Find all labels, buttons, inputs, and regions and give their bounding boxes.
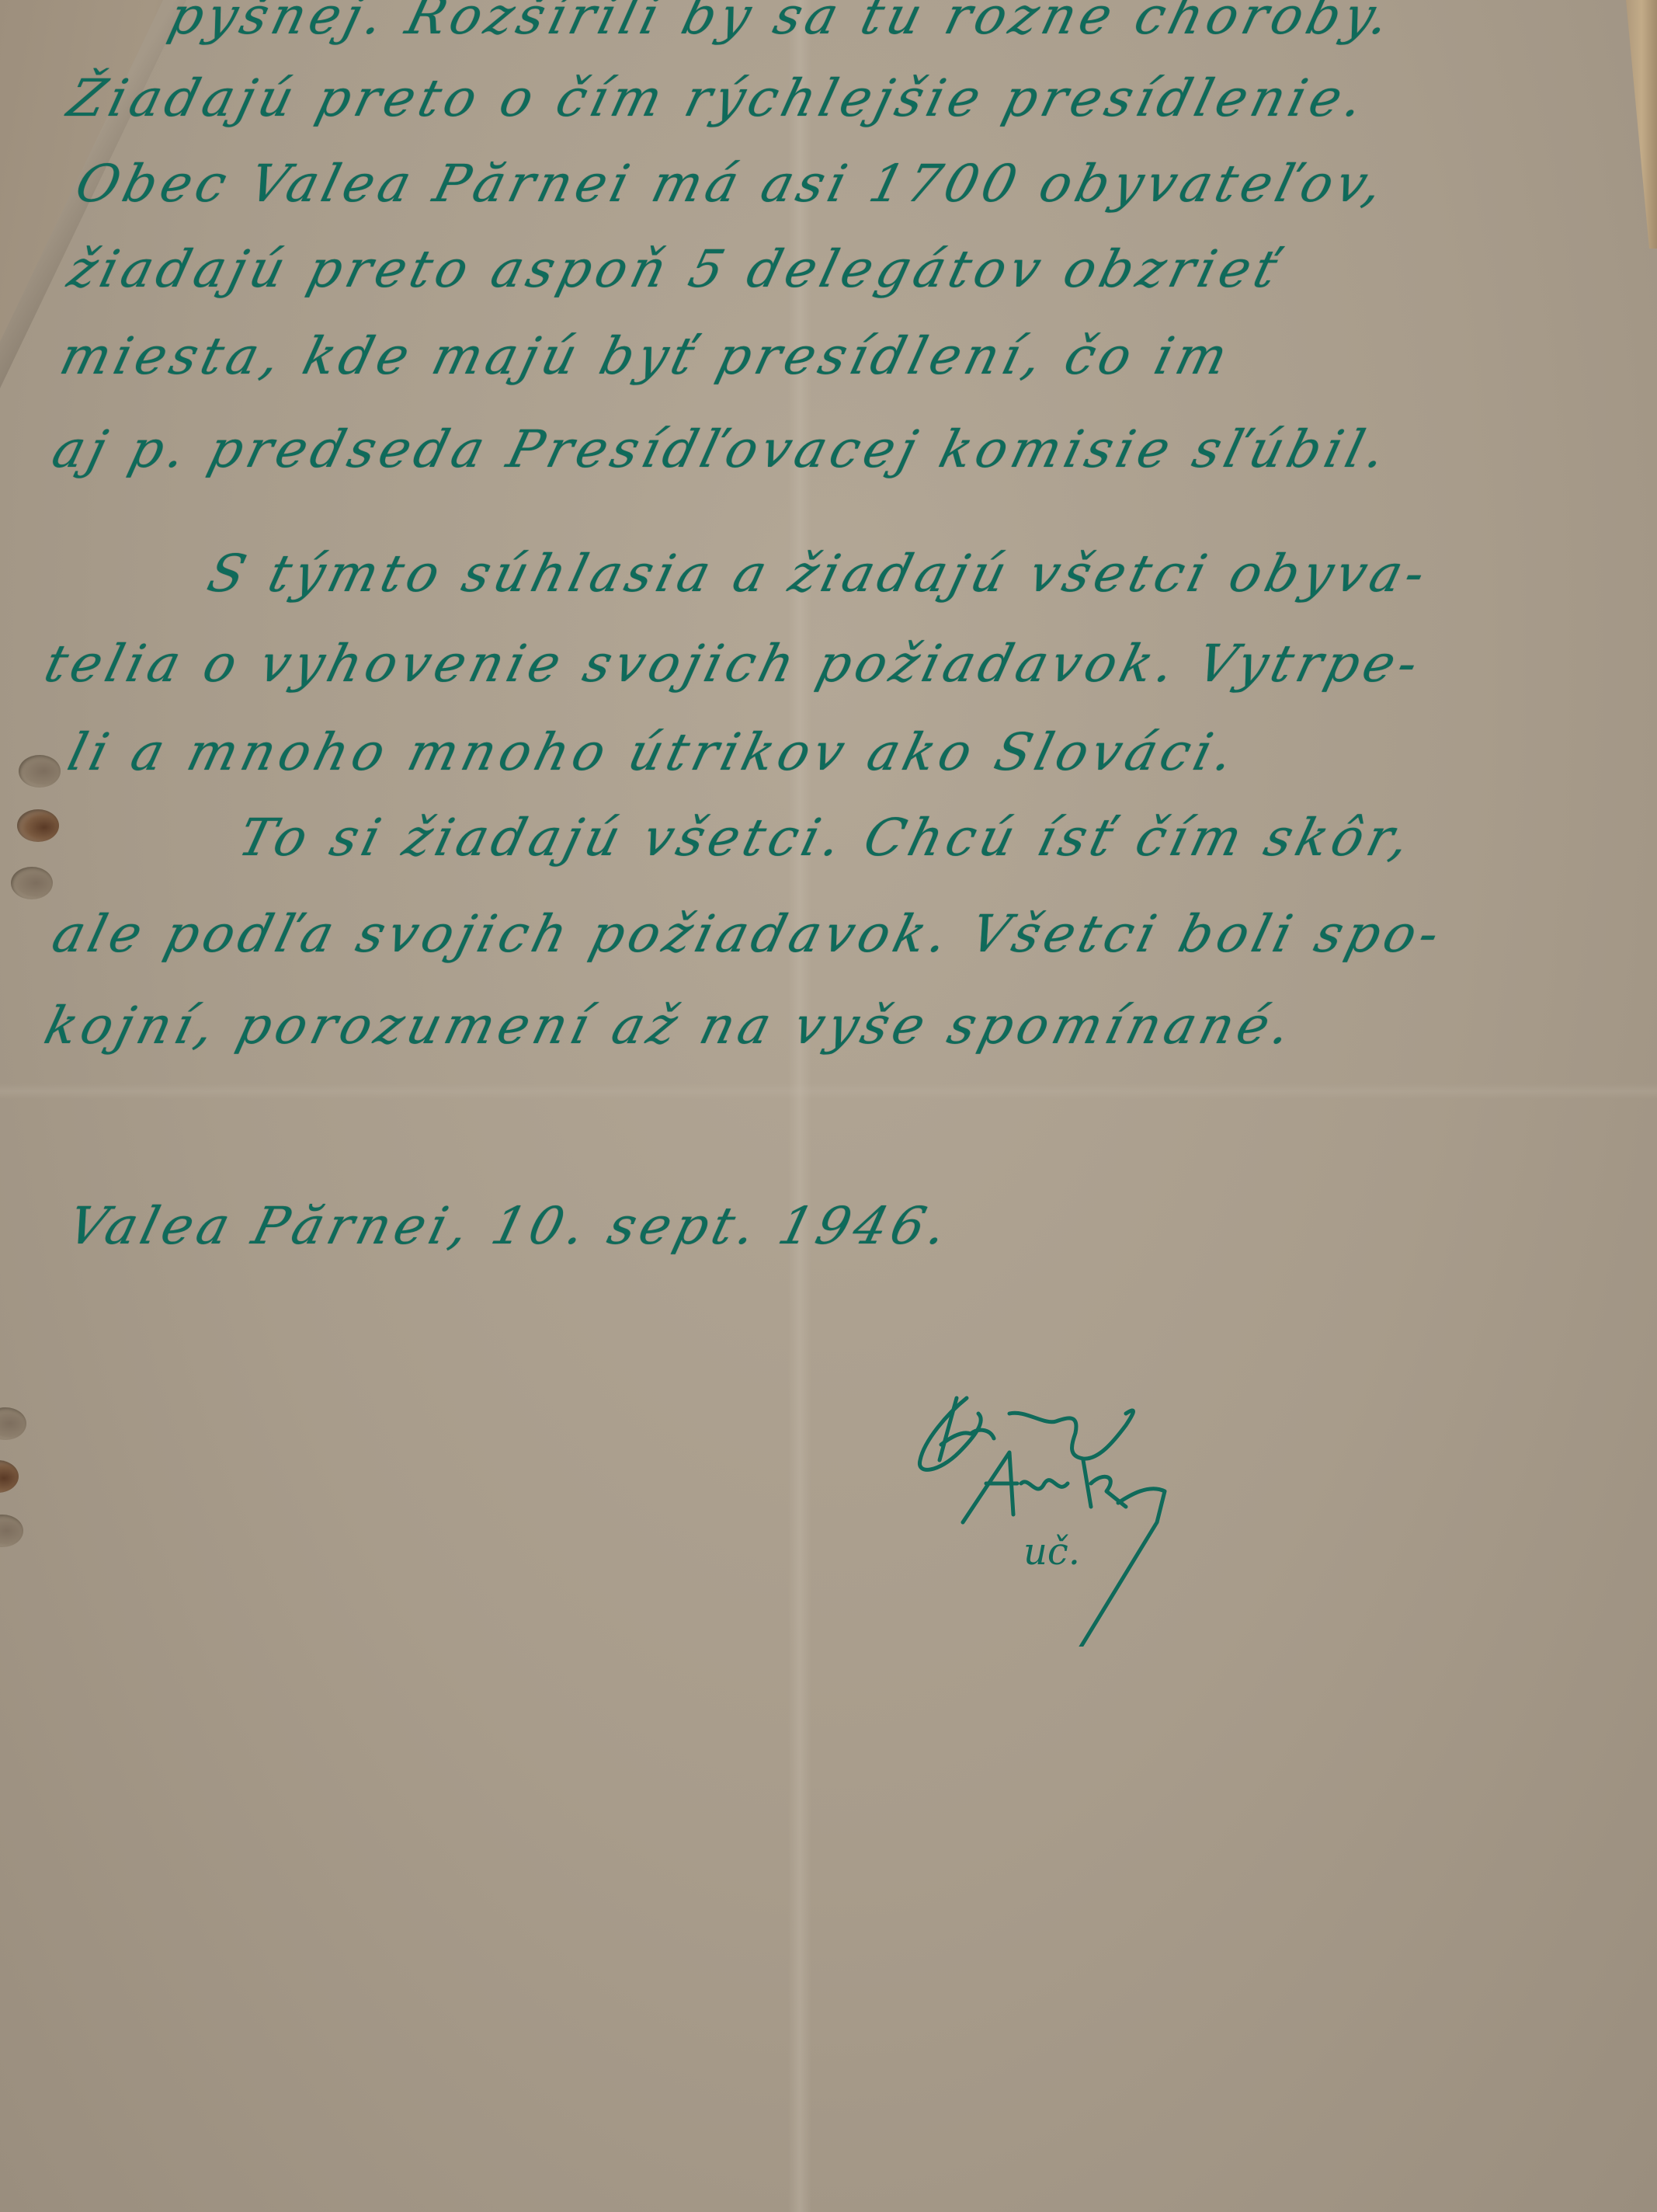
signature-title: uč. bbox=[1023, 1530, 1080, 1574]
letter-line-9: li a mnoho mnoho útrikov ako Slováci. bbox=[62, 722, 1244, 782]
letter-body: pyšnej. Rozšírili by sa tu rozne choroby… bbox=[0, 0, 1657, 2212]
letter-line-10: To si žiadajú všetci. Chcú ísť čím skôr, bbox=[233, 808, 1420, 868]
letter-line-11: ale podľa svojich požiadavok. Všetci bol… bbox=[47, 904, 1450, 964]
letter-line-12: kojní, porozumení až na vyše spomínané. bbox=[39, 996, 1301, 1056]
letter-line-8: telia o vyhovenie svojich požiadavok. Vy… bbox=[39, 634, 1429, 694]
letter-line-2: Žiadajú preto o čím rýchlejšie presídlen… bbox=[62, 68, 1374, 128]
letter-line-7: S týmto súhlasia a žiadajú všetci obyva- bbox=[202, 544, 1436, 603]
letter-line-4: žiadajú preto aspoň 5 delegátov obzrieť bbox=[62, 239, 1287, 299]
letter-line-1: pyšnej. Rozšírili by sa tu rozne choroby… bbox=[163, 0, 1400, 46]
letter-line-3: Obec Valea Părnei má asi 1700 obyvateľov… bbox=[70, 154, 1393, 214]
letter-line-5: miesta, kde majú byť presídlení, čo im bbox=[54, 326, 1238, 386]
letter-line-6: aj p. predseda Presídľovacej komisie sľú… bbox=[47, 419, 1396, 479]
place-date: Valea Părnei, 10. sept. 1946. bbox=[62, 1196, 957, 1256]
signature: Stracko uč. bbox=[893, 1367, 1250, 1647]
